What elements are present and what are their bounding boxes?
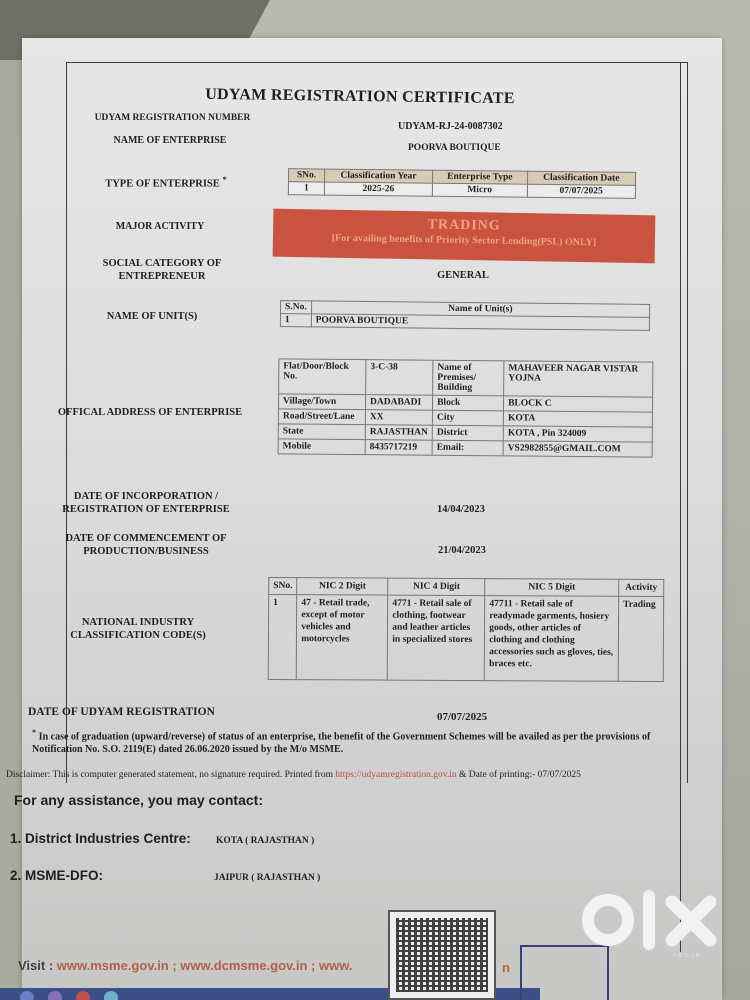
contact-dic-label: 1. District Industries Centre: xyxy=(10,831,191,846)
olx-sub-text: INDIA xyxy=(674,953,702,959)
mobile-label: Mobile xyxy=(278,439,365,455)
village-label: Village/Town xyxy=(278,394,365,410)
social-category-label-line2: ENTREPRENEUR xyxy=(82,270,242,283)
footer-logo-icon xyxy=(48,991,62,1000)
cell-classification-date: 07/07/2025 xyxy=(527,184,636,198)
registration-number-label: UDYAM REGISTRATION NUMBER xyxy=(80,112,265,125)
major-activity-label: MAJOR ACTIVITY xyxy=(100,220,220,233)
incorporation-label: DATE OF INCORPORATION / REGISTRATION OF … xyxy=(46,490,246,516)
disclaimer-text: Disclaimer: This is computer generated s… xyxy=(6,770,335,780)
qr-code-pattern xyxy=(396,918,488,992)
nic-header-row: SNo. NIC 2 Digit NIC 4 Digit NIC 5 Digit… xyxy=(269,577,664,596)
footer-logo-icon xyxy=(20,991,34,1000)
col-nic-5: NIC 5 Digit xyxy=(485,579,619,597)
qr-code xyxy=(388,910,496,1000)
registration-number: UDYAM-RJ-24-0087302 xyxy=(398,121,503,132)
col-nic-2: NIC 2 Digit xyxy=(297,578,388,595)
contact-dfo-value: JAIPUR ( RAJASTHAN ) xyxy=(214,873,320,883)
cell-enterprise-type: Micro xyxy=(432,183,527,197)
table-row: 1 47 - Retail trade, except of motor veh… xyxy=(268,594,663,681)
commencement-label-line2: PRODUCTION/BUSINESS xyxy=(46,545,246,558)
email-label: Email: xyxy=(432,440,503,456)
village-value: DADABADI xyxy=(365,395,432,411)
col-classification-year: Classification Year xyxy=(324,169,432,183)
flat-label: Flat/Door/Block No. xyxy=(279,359,366,395)
premises-value: MAHAVEER NAGAR VISTAR YOJNA xyxy=(504,361,653,397)
major-activity-banner: TRADING [For availing benefits of Priori… xyxy=(273,209,656,264)
social-category-label-line1: SOCIAL CATEGORY OF xyxy=(82,257,242,270)
flat-value: 3-C-38 xyxy=(366,360,433,396)
state-label: State xyxy=(278,424,365,440)
visit-url-tail: n xyxy=(502,960,510,975)
units-label: NAME OF UNIT(S) xyxy=(92,310,212,323)
cell-activity: Trading xyxy=(618,596,663,681)
enterprise-type-label: TYPE OF ENTERPRISE * xyxy=(96,173,236,191)
email-value: VS2982855@GMAIL.COM xyxy=(503,441,652,457)
contact-dfo-label: 2. MSME-DFO: xyxy=(10,868,103,883)
visit-label: Visit : xyxy=(18,958,57,973)
nic-label: NATIONAL INDUSTRY CLASSIFICATION CODE(S) xyxy=(48,616,228,642)
cell-sno: 1 xyxy=(288,182,324,195)
classification-table: SNo. Classification Year Enterprise Type… xyxy=(288,168,636,199)
road-label: Road/Street/Lane xyxy=(278,409,365,425)
nic-table: SNo. NIC 2 Digit NIC 4 Digit NIC 5 Digit… xyxy=(268,577,665,682)
olx-watermark-logo: INDIA xyxy=(582,880,722,960)
col-sno: SNo. xyxy=(269,577,297,594)
note-text: In case of graduation (upward/reverse) o… xyxy=(32,731,650,755)
footer-logo-icon xyxy=(104,991,118,1000)
block-label: Block xyxy=(433,395,504,411)
city-value: KOTA xyxy=(503,411,652,427)
cell-classification-year: 2025-26 xyxy=(324,182,432,196)
col-sno: S.No. xyxy=(281,301,312,314)
disclaimer: Disclaimer: This is computer generated s… xyxy=(6,770,682,780)
enterprise-type-label-text: TYPE OF ENTERPRISE xyxy=(105,179,220,190)
incorporation-label-line2: REGISTRATION OF ENTERPRISE xyxy=(46,503,246,516)
note-asterisk: * xyxy=(32,728,36,737)
col-nic-4: NIC 4 Digit xyxy=(388,578,485,596)
cell-sno: 1 xyxy=(268,594,297,679)
disclaimer-print-date: & Date of printing:- 07/07/2025 xyxy=(457,770,581,780)
district-value: KOTA , Pin 324009 xyxy=(503,426,652,442)
cell-nic-4: 4771 - Retail sale of clothing, footwear… xyxy=(388,595,485,681)
col-activity: Activity xyxy=(619,579,664,596)
address-table: Flat/Door/Block No. 3-C-38 Name of Premi… xyxy=(278,358,654,457)
assistance-heading: For any assistance, you may contact: xyxy=(14,792,263,808)
commencement-label: DATE OF COMMENCEMENT OF PRODUCTION/BUSIN… xyxy=(46,532,246,558)
state-value: RAJASTHAN xyxy=(365,425,432,441)
mobile-value: 8435717219 xyxy=(365,440,432,456)
incorporation-label-line1: DATE OF INCORPORATION / xyxy=(46,490,246,503)
cell-sno: 1 xyxy=(280,314,311,327)
asterisk-marker: * xyxy=(222,174,226,184)
col-enterprise-type: Enterprise Type xyxy=(432,170,527,184)
footer-logo-icon xyxy=(76,991,90,1000)
nic-label-line2: CLASSIFICATION CODE(S) xyxy=(48,629,228,642)
block-value: BLOCK C xyxy=(504,396,653,412)
commencement-date: 21/04/2023 xyxy=(438,545,486,556)
city-label: City xyxy=(432,410,503,426)
certificate-border-right xyxy=(680,62,681,952)
col-sno: SNo. xyxy=(289,169,325,182)
contact-dic-value: KOTA ( RAJASTHAN ) xyxy=(216,836,314,846)
units-table: S.No. Name of Unit(s) 1 POORVA BOUTIQUE xyxy=(280,300,650,331)
incorporation-date: 14/04/2023 xyxy=(437,504,485,515)
enterprise-name: POORVA BOUTIQUE xyxy=(408,143,501,153)
social-category-label: SOCIAL CATEGORY OF ENTREPRENEUR xyxy=(82,257,242,283)
road-value: XX xyxy=(365,410,432,426)
social-category: GENERAL xyxy=(437,270,489,281)
district-label: District xyxy=(432,425,503,441)
udyam-date-label: DATE OF UDYAM REGISTRATION xyxy=(28,706,215,719)
cell-nic-5: 47711 - Retail sale of readymade garment… xyxy=(485,596,619,682)
commencement-label-line1: DATE OF COMMENCEMENT OF xyxy=(46,532,246,545)
graduation-note: * In case of graduation (upward/reverse)… xyxy=(32,726,672,756)
address-label: OFFICAL ADDRESS OF ENTERPRISE xyxy=(40,406,260,419)
table-row: Flat/Door/Block No. 3-C-38 Name of Premi… xyxy=(279,359,653,397)
cell-nic-2: 47 - Retail trade, except of motor vehic… xyxy=(297,595,388,680)
udyam-portal-link[interactable]: https://udyamregistration.gov.in xyxy=(335,770,456,780)
visit-urls[interactable]: www.msme.gov.in ; www.dcmsme.gov.in ; ww… xyxy=(57,958,353,973)
visit-line: Visit : www.msme.gov.in ; www.dcmsme.gov… xyxy=(18,958,352,973)
premises-label: Name of Premises/ Building xyxy=(433,360,504,396)
nic-label-line1: NATIONAL INDUSTRY xyxy=(48,616,228,629)
table-row: Mobile 8435717219 Email: VS2982855@GMAIL… xyxy=(278,439,652,457)
col-classification-date: Classification Date xyxy=(527,171,636,185)
enterprise-name-label: NAME OF ENTERPRISE xyxy=(100,134,240,147)
udyam-date: 07/07/2025 xyxy=(437,711,487,723)
